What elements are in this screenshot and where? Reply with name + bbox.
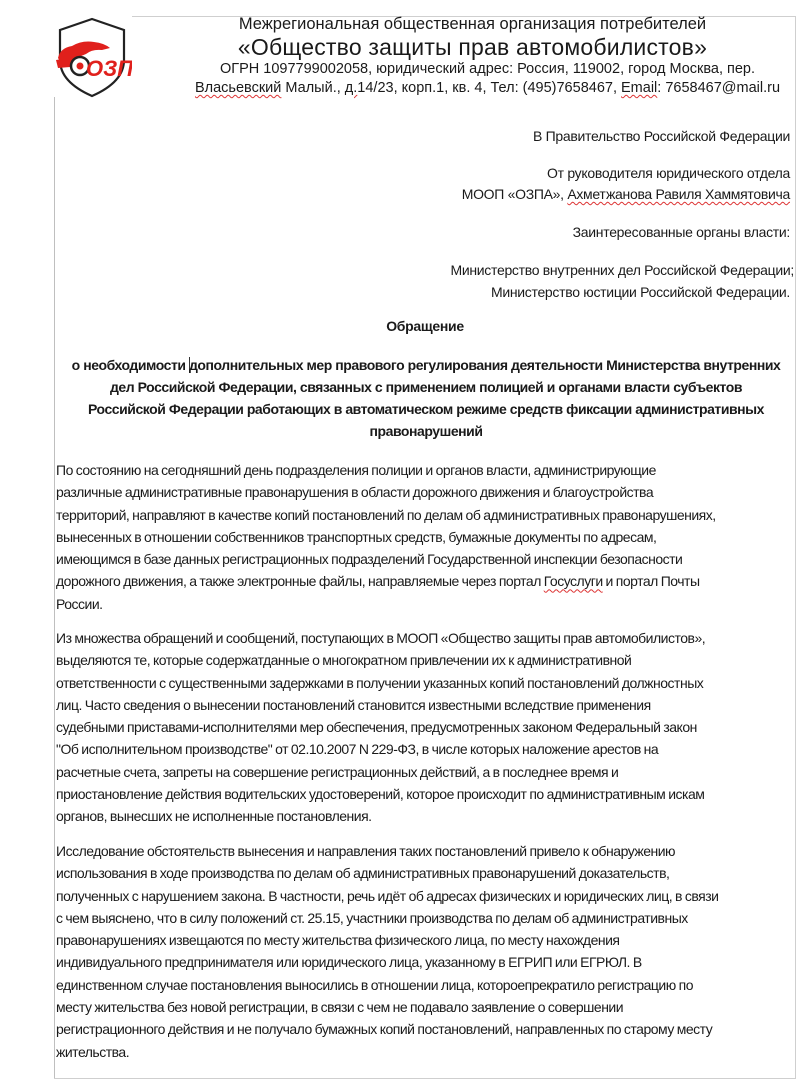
text-line: органов, вынесших не исполненные постано…	[56, 805, 798, 827]
text-line: различные административные правонарушени…	[56, 481, 798, 503]
text-line: полученных с нарушением закона. В частно…	[56, 885, 798, 907]
text-line: месту жительства без новой регистрации, …	[56, 996, 798, 1018]
text-line: с чем выяснено, что в силу положений ст.…	[56, 907, 798, 929]
document-title: Обращение	[54, 318, 796, 334]
paragraph-3: Исследование обстоятельств вынесения и н…	[56, 840, 798, 1063]
text-line: правонарушениях извещаются по месту жите…	[56, 929, 798, 951]
sender-line-2: МООП «ОЗПА», Ахметжанова Равиля Хаммятов…	[462, 184, 790, 204]
shield-car-logo-icon: ОЗПА	[52, 16, 132, 98]
text-line: приостановление действия водительских уд…	[56, 783, 798, 805]
text-cursor	[189, 357, 190, 373]
text-line: единственном случае постановления выноси…	[56, 974, 798, 996]
text-line: По состоянию на сегодняшний день подразд…	[56, 459, 798, 481]
interested-authority-1: Министерство внутренних дел Российской Ф…	[450, 260, 794, 280]
email-label: Email	[621, 80, 657, 96]
document-subject: о необходимости дополнительных мер право…	[56, 354, 796, 442]
text-line: использования в ходе производства по дел…	[56, 862, 798, 884]
sender-name: Ахметжанова Равиля Хаммятовича	[567, 186, 790, 202]
svg-text:ОЗПА: ОЗПА	[86, 56, 132, 81]
paragraph-2: Из множества обращений и сообщений, пост…	[56, 627, 798, 828]
org-type-line: Межрегиональная общественная организация…	[150, 14, 795, 34]
text-line: имеющимся в базе данных регистрационных …	[56, 548, 798, 570]
sender-line-1: От руководителя юридического отдела	[547, 163, 790, 183]
text-line: ответственности с существенными задержка…	[56, 672, 798, 694]
text-line: "Об исполнительном производстве" от 02.1…	[56, 738, 798, 760]
email-address: : 7658467@mail.ru	[657, 80, 780, 96]
address-contact-line: Власьевский Малый., д.14/23, корп.1, кв.…	[150, 79, 795, 98]
text-line: Из множества обращений и сообщений, пост…	[56, 627, 798, 649]
text-line: России.	[56, 593, 798, 615]
text-line: выделяются те, которые содержатданные о …	[56, 649, 798, 671]
text-line: Исследование обстоятельств вынесения и н…	[56, 840, 798, 862]
text-line: регистрационного действия и не получало …	[56, 1018, 798, 1040]
text-line: дел Российской Федерации, связанных с пр…	[56, 376, 796, 398]
text-line: Российской Федерации работающих в автома…	[56, 398, 796, 420]
recipient-line: В Правительство Российской Федерации	[533, 126, 790, 146]
paragraph-1: По состоянию на сегодняшний день подразд…	[56, 459, 798, 615]
spellcheck-word: Госуслуги	[544, 573, 603, 589]
text-line: правонарушений	[56, 420, 796, 442]
text-line: о необходимости дополнительных мер право…	[56, 354, 796, 376]
page-border-bottom	[54, 1078, 796, 1079]
text-line: индивидуального предпринимателя или юрид…	[56, 951, 798, 973]
text-line: вынесенных в отношении собственников тра…	[56, 526, 798, 548]
page-border-left	[54, 97, 55, 1079]
org-name-line: «Общество защиты прав автомобилистов»	[150, 34, 795, 60]
text-line: расчетные счета, запреты на совершение р…	[56, 761, 798, 783]
organization-logo: ОЗПА	[52, 16, 132, 98]
ogrn-address-line: ОГРН 1097799002058, юридический адрес: Р…	[150, 60, 795, 79]
text-line: лиц. Часто сведения о вынесении постанов…	[56, 694, 798, 716]
interested-authorities-label: Заинтересованные органы власти:	[573, 222, 790, 242]
text-line: жительства.	[56, 1041, 798, 1063]
spellcheck-word: Власьевский	[195, 80, 281, 96]
text-line: территорий, направляют в качестве копий …	[56, 504, 798, 526]
text-line: дорожного движения, а также электронные …	[56, 570, 798, 592]
letterhead: Межрегиональная общественная организация…	[150, 14, 795, 98]
interested-authority-2: Министерство юстиции Российской Федераци…	[491, 282, 790, 302]
text-line: судебными приставами-исполнителями мер о…	[56, 716, 798, 738]
